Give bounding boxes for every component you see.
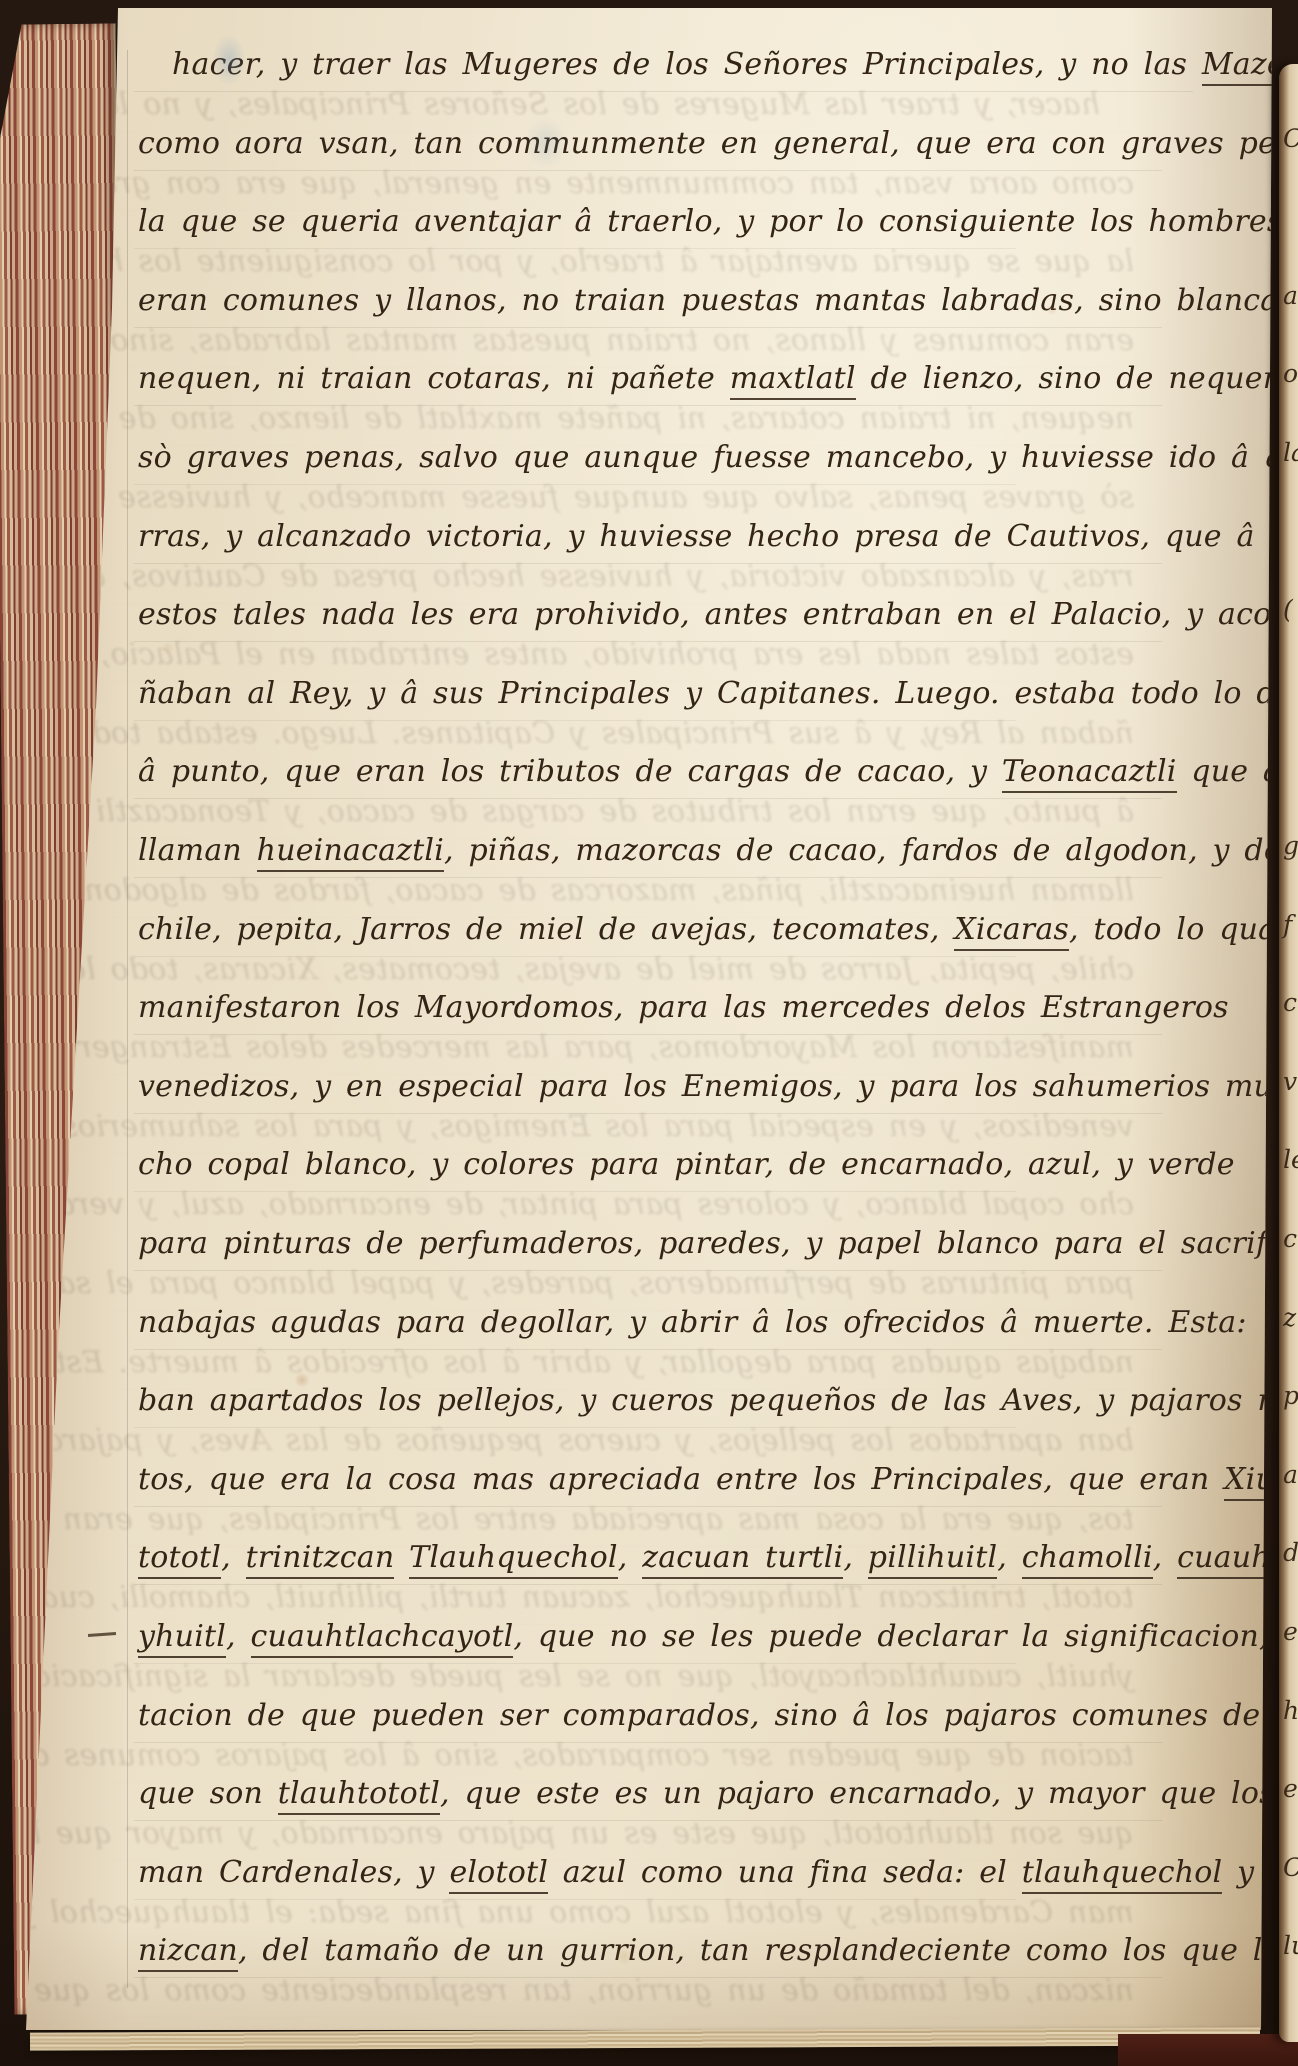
line-text: cho copal blanco, y colores para pintar,… [37, 1187, 1134, 1222]
facing-page-text-fragment: c [1283, 988, 1297, 1017]
manuscript-line: nabajas agudas para degollar, y abrir â … [138, 1303, 1263, 1343]
line-text: , piñas, mazorcas de cacao, fardos de al… [444, 833, 1282, 868]
line-text: manifestaron los Mayordomos, para las me… [138, 990, 1229, 1025]
line-text: Tlauhquechol [654, 1580, 863, 1615]
line-text: ban apartados los pellejos, y cueros peq… [0, 1423, 1134, 1458]
bottom-page-edges [30, 2027, 1260, 2050]
line-text: sò graves penas, salvo que aunque fuesse… [138, 440, 1298, 475]
facing-page-text-fragment: z [1283, 1303, 1296, 1332]
manuscript-line: ñaban al Rey, y â sus Principales y Capi… [138, 674, 1263, 714]
underlined-nahuatl-term: cuauhtlachcayotl [251, 1619, 514, 1658]
manuscript-line: man Cardenales, y elototl azul como una … [138, 1853, 1263, 1893]
underlined-nahuatl-term: Tlauhquechol [409, 1540, 618, 1579]
manuscript-line: la que se queria aventajar â traerlo, y … [138, 202, 1263, 242]
underlined-nahuatl-term: nizcan [138, 1933, 238, 1972]
facing-page-text-fragment: el [1283, 1617, 1298, 1646]
manuscript-line: llaman hueinacaztli, piñas, mazorcas de … [138, 831, 1263, 871]
line-text: , [843, 1540, 867, 1575]
line-text: y [1222, 1855, 1269, 1890]
underlined-nahuatl-term: zacuan turtli [642, 1540, 843, 1579]
facing-page-text-fragment: C [1283, 124, 1298, 153]
facing-page-text-fragment: ar [1283, 281, 1298, 310]
manuscript-line: sò graves penas, salvo que aunque fuesse… [138, 438, 1263, 478]
manuscript-line: â punto, que eran los tributos de cargas… [138, 752, 1263, 792]
facing-page-text-fragment: le [1283, 1145, 1298, 1174]
line-text: tacion de que pueden ser comparados, sin… [0, 1738, 1134, 1773]
line-text: â punto, que eran los tributos de cargas… [270, 794, 1134, 829]
verso-show-through: hacer, y traer las Mugeres de los Señore… [0, 48, 1272, 2066]
manuscript-line: venedizos, y en especial para los Enemig… [138, 1067, 1263, 1107]
manuscript-line: tototl, trinitzcan Tlauhquechol, zacuan … [138, 1538, 1263, 1578]
underlined-nahuatl-term: hueinacaztli [257, 833, 444, 872]
line-text: , [95, 1580, 119, 1615]
facing-page-text-fragment: ( [1283, 595, 1293, 624]
line-text: nequen, ni traian cotaras, ni pañete [542, 401, 1134, 436]
line-text: nizcan [1034, 1973, 1134, 2008]
line-text: yhuitl [1046, 1659, 1134, 1694]
facing-page-text-fragment: c [1283, 1224, 1297, 1253]
line-text: eran comunes y llanos, no traian puestas… [0, 323, 1134, 358]
line-text: , [997, 1540, 1021, 1575]
line-text: tlauhtototl [832, 1816, 994, 1851]
line-text: Teonacaztli [95, 794, 270, 829]
line-text: , del tamaño de un gurrion, tan respland… [238, 1933, 1298, 1968]
manuscript-line: tacion de que pueden ser comparados, sin… [138, 1696, 1263, 1736]
blue-ink-smudge [206, 24, 252, 96]
manuscript-page: hacer, y traer las Mugeres de los Señore… [0, 8, 1272, 2030]
line-text: nequen, ni traian cotaras, ni pañete [138, 361, 730, 396]
line-text: , que no se les puede declarar la signif… [0, 1659, 759, 1694]
line-text: venedizos, y en especial para los Enemig… [138, 1069, 1283, 1104]
manuscript-line: rras, y alcanzado victoria, y huviesse h… [138, 517, 1263, 557]
facing-page-text-fragment: el [1283, 1774, 1298, 1803]
line-text: rras, y alcanzado victoria, y huviesse h… [17, 559, 1134, 594]
underlined-nahuatl-term: elototl [449, 1855, 548, 1894]
manuscript-line: tos, que era la cosa mas apreciada entre… [138, 1460, 1263, 1500]
line-text: venedizos, y en especial para los Enemig… [0, 1109, 1134, 1144]
line-text: estos tales nada les era prohivido, ante… [0, 637, 1134, 672]
manuscript-line: estos tales nada les era prohivido, ante… [138, 595, 1263, 635]
manuscript-line: como aora vsan, tan communmente en gener… [138, 124, 1263, 164]
line-text: = [0, 1580, 1, 1615]
line-text: , [226, 1619, 250, 1654]
line-text: , [618, 1540, 642, 1575]
facing-page-text-fragment: or [1283, 359, 1298, 388]
manuscript-line: que son tlauhtototl, que este es un paja… [138, 1774, 1263, 1814]
line-text: chile, pepita, Jarros de miel de avejas,… [138, 912, 954, 947]
line-text: que son [994, 1816, 1134, 1851]
facing-page-text-fragment: v [1283, 1067, 1297, 1096]
line-text: llaman [138, 833, 257, 868]
line-text: man Cardenales, y [138, 1855, 449, 1890]
line-text: , [250, 1580, 274, 1615]
line-text: , [1021, 1659, 1045, 1694]
line-text: tos, que era la cosa mas apreciada entre… [138, 1462, 1224, 1497]
line-text: la que se queria aventajar â traerlo, y … [0, 244, 1134, 279]
line-text: que son [138, 1776, 278, 1811]
line-text: Xicaras [203, 952, 318, 987]
line-text: ban apartados los pellejos, y cueros peq… [138, 1383, 1298, 1418]
underlined-nahuatl-term: chamolli [1022, 1540, 1153, 1579]
underlined-nahuatl-term: tlauhquechol [1022, 1855, 1223, 1894]
line-text: , [1026, 1580, 1050, 1615]
line-text: , [630, 1580, 654, 1615]
facing-page-text-fragment: C [1283, 1853, 1298, 1882]
blue-ink-smudge [515, 106, 577, 180]
underlined-nahuatl-term: tototl [138, 1540, 221, 1579]
margin-dash-mark [88, 1632, 116, 1637]
underlined-nahuatl-term: yhuitl [138, 1619, 226, 1658]
line-text: nabajas agudas para degollar, y abrir â … [138, 1305, 1247, 1340]
line-text: , del tamaño de un gurrion, tan respland… [0, 1973, 1034, 2008]
underlined-nahuatl-term: pillihuitl [868, 1540, 997, 1579]
line-text: llaman [1015, 873, 1134, 908]
line-text [863, 1580, 878, 1615]
line-text: azul como una fina seda: el [250, 1895, 724, 1930]
manuscript-line: nequen, ni traian cotaras, ni pañete max… [138, 359, 1263, 399]
facing-page-text-fragment: f [1283, 910, 1292, 939]
ruled-margin-line [127, 50, 128, 1988]
line-text: trinitzcan [878, 1580, 1027, 1615]
line-text: cuauhtlachcayotl [759, 1659, 1022, 1694]
line-text: de lienzo, sino de nequen, [856, 361, 1292, 396]
line-text: sò graves penas, salvo que aunque fuesse… [0, 480, 1134, 515]
line-text: man Cardenales, y [823, 1895, 1134, 1930]
line-text: hacer, y traer las Mugeres de los Señore… [172, 47, 1202, 82]
line-text: nabajas agudas para degollar, y abrir â … [25, 1345, 1134, 1380]
facing-page-text-fragment: la [1283, 438, 1298, 467]
facing-page-text-fragment: d [1283, 1538, 1298, 1567]
line-text: , que no se les puede declarar la signif… [513, 1619, 1298, 1654]
manuscript-line: manifestaron los Mayordomos, para las me… [138, 988, 1263, 1028]
line-text: , [221, 1540, 245, 1575]
manuscript-line: cho copal blanco, y colores para pintar,… [138, 1145, 1263, 1185]
line-text: â punto, que eran los tributos de cargas… [138, 754, 1002, 789]
line-text: la que se queria aventajar â traerlo, y … [138, 204, 1298, 239]
facing-page-text-fragment: h [1283, 1696, 1298, 1725]
line-text: tri [0, 1895, 3, 1930]
line-text: , que este es un pajaro encarnado, y may… [440, 1776, 1298, 1811]
line-text: como aora vsan, tan communmente en gener… [0, 166, 1134, 201]
line-text [394, 1540, 409, 1575]
underlined-nahuatl-term: trinitzcan [246, 1540, 395, 1579]
manuscript-line: nizcan, del tamaño de un gurrion, tan re… [138, 1931, 1263, 1971]
manuscript-line: chile, pepita, Jarros de miel de avejas,… [138, 910, 1263, 950]
line-text: azul como una fina seda: el [548, 1855, 1022, 1890]
line-text: , [404, 1580, 428, 1615]
line-text: como aora vsan, tan communmente en gener… [138, 126, 1298, 161]
line-text: zacuan turtli [429, 1580, 630, 1615]
line-text: eran comunes y llanos, no traian puestas… [138, 283, 1298, 318]
underlined-nahuatl-term: tlauhtototl [278, 1776, 440, 1815]
line-text: ñaban al Rey, y â sus Principales y Capi… [138, 676, 1298, 711]
facing-page-text-fragment: a [1283, 1460, 1298, 1489]
line-text: tototl [1051, 1580, 1134, 1615]
line-text: elototl [724, 1895, 823, 1930]
line-text: chile, pepita, Jarros de miel de avejas,… [318, 952, 1134, 987]
manuscript-line: ban apartados los pellejos, y cueros peq… [138, 1381, 1263, 1421]
cover-leather-patch [1118, 2034, 1298, 2066]
line-text: tos, que era la cosa mas apreciada entre… [48, 1502, 1134, 1537]
line-text: pillihuitl [275, 1580, 404, 1615]
manuscript-line: yhuitl, cuauhtlachcayotl, que no se les … [138, 1617, 1263, 1657]
manuscript-line: hacer, y traer las Mugeres de los Señore… [138, 45, 1297, 85]
manuscript-line: para pinturas de perfumaderos, paredes, … [138, 1224, 1263, 1264]
underlined-nahuatl-term: Teonacaztli [1002, 754, 1177, 793]
facing-page-text-fragment: lu [1283, 1931, 1298, 1960]
line-text: ñaban al Rey, y â sus Principales y Capi… [0, 716, 1134, 751]
line-text: para pinturas de perfumaderos, paredes, … [138, 1226, 1298, 1261]
line-text: maxtlatl [416, 401, 542, 436]
line-text: estos tales nada les era prohivido, ante… [138, 597, 1298, 632]
underlined-nahuatl-term: maxtlatl [730, 361, 856, 400]
line-text: rras, y alcanzado victoria, y huviesse h… [138, 519, 1255, 554]
book-photograph: hacer, y traer las Mugeres de los Señore… [0, 0, 1298, 2066]
facing-page-sliver: Carorla(gfcvleczpadelhelClu [1279, 64, 1298, 2042]
line-text: tacion de que pueden ser comparados, sin… [138, 1698, 1298, 1733]
line-text: , [1153, 1540, 1177, 1575]
line-text: , piñas, mazorcas de cacao, fardos de al… [0, 873, 828, 908]
line-text: hueinacaztli [828, 873, 1015, 908]
facing-page-text-fragment: p [1283, 1381, 1298, 1410]
line-text: tlauhquechol [50, 1895, 251, 1930]
line-text: cho copal blanco, y colores para pintar,… [138, 1147, 1235, 1182]
underlined-nahuatl-term: cuauh [1177, 1540, 1271, 1579]
line-text: chamolli [119, 1580, 250, 1615]
underlined-nahuatl-term: Xicaras [954, 912, 1069, 951]
line-text: para pinturas de perfumaderos, paredes, … [0, 1266, 1134, 1301]
line-text: , todo lo qual [1069, 912, 1286, 947]
facing-page-text-fragment: g [1283, 831, 1298, 860]
line-text: manifestaron los Mayordomos, para las me… [43, 1030, 1134, 1065]
manuscript-line: eran comunes y llanos, no traian puestas… [138, 281, 1263, 321]
line-text: , que este es un pajaro encarnado, y may… [0, 1816, 832, 1851]
